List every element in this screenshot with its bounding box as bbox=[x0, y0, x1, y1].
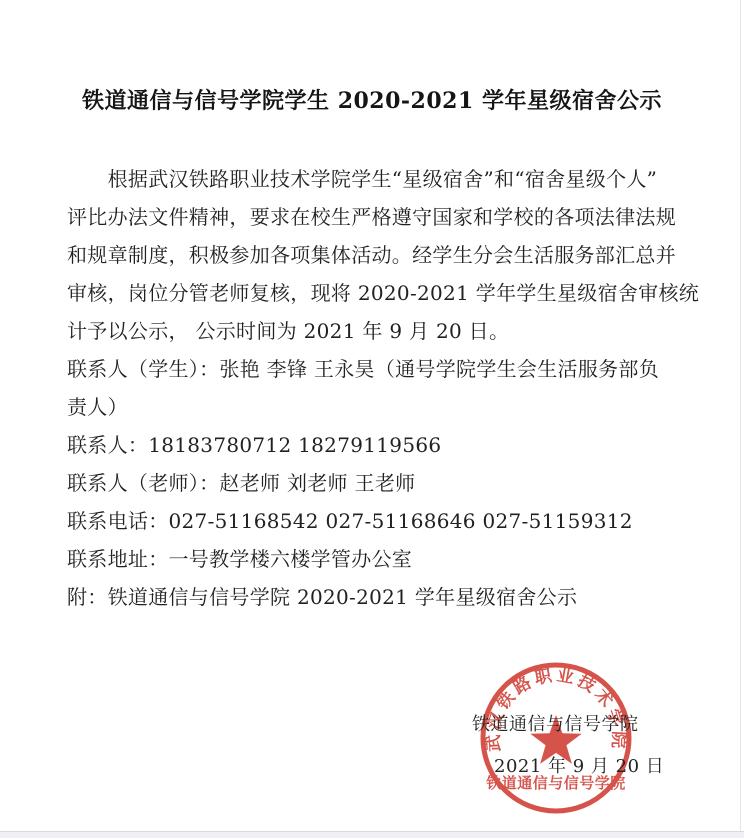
body-line: 评比办法文件精神，要求在校生严格遵守国家和学校的各项法律法规 bbox=[67, 198, 683, 236]
body-line: 和规章制度，积极参加各项集体活动。经学生分会生活服务部汇总并 bbox=[67, 236, 683, 274]
body-line: 责人） bbox=[67, 388, 683, 426]
official-seal: 武汉铁路职业技术学院 铁道通信与信号学院 bbox=[476, 658, 636, 818]
page-title: 铁道通信与信号学院学生 2020-2021 学年星级宿舍公示 bbox=[0, 84, 744, 115]
body-line: 联系电话：027-51168542 027-51168646 027-51159… bbox=[67, 502, 683, 540]
body-line: 计予以公示， 公示时间为 2021 年 9 月 20 日。 bbox=[67, 312, 683, 350]
body-line: 联系地址：一号教学楼六楼学管办公室 bbox=[67, 540, 683, 578]
signature-org: 铁道通信与信号学院 bbox=[472, 710, 639, 736]
body-line: 联系人（老师）：赵老师 刘老师 王老师 bbox=[67, 464, 683, 502]
body-line: 审核，岗位分管老师复核，现将 2020-2021 学年学生星级宿舍审核统 bbox=[67, 274, 683, 312]
body-line: 联系人（学生）：张艳 李锋 王永昊（通号学院学生会生活服务部负 bbox=[67, 350, 683, 388]
page-right-border bbox=[740, 0, 741, 832]
signature-date: 2021 年 9 月 20 日 bbox=[494, 752, 664, 778]
document-body: 根据武汉铁路职业技术学院学生“星级宿舍”和“宿舍星级个人”评比办法文件精神，要求… bbox=[67, 160, 683, 616]
body-line: 附：铁道通信与信号学院 2020-2021 学年星级宿舍公示 bbox=[67, 578, 683, 616]
document-page: 铁道通信与信号学院学生 2020-2021 学年星级宿舍公示 根据武汉铁路职业技… bbox=[0, 0, 744, 832]
body-line: 根据武汉铁路职业技术学院学生“星级宿舍”和“宿舍星级个人” bbox=[67, 160, 683, 198]
body-line: 联系人：18183780712 18279119566 bbox=[67, 426, 683, 464]
page-bottom-edge bbox=[0, 831, 744, 838]
